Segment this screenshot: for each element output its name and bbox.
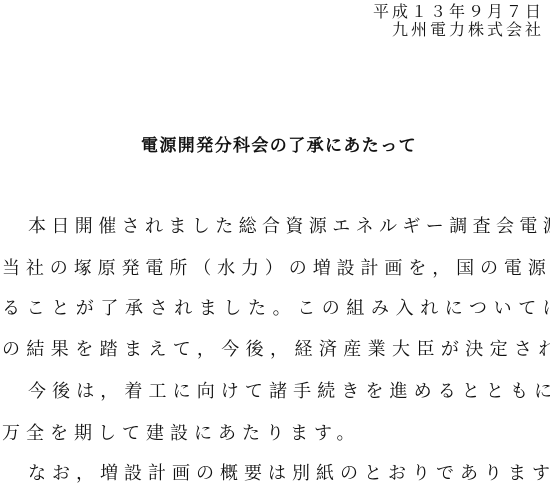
body-line-5: 今後は，着工に向けて諸手続きを進めるとともに，環境保全と安全確保に (28, 381, 550, 403)
document-title: 電源開発分科会の了承にあたって (0, 131, 550, 156)
document-date: 平成１３年９月７日 (373, 2, 544, 22)
company-name: 九州電力株式会社 (392, 20, 544, 40)
body-line-6: 万全を期して建設にあたります。 (2, 423, 361, 445)
body-line-2: 当社の塚原発電所（水力）の増設計画を，国の電源開発基本計画に組み入れ (2, 258, 550, 280)
body-line-1: 本日開催されました総合資源エネルギー調査会電源開発分科会において， (28, 216, 550, 238)
body-line-7: なお，増設計画の概要は別紙のとおりであります。 (28, 463, 550, 485)
body-line-3: ることが了承されました。この組み入れについては，本日の電源開発分科会 (2, 298, 550, 320)
body-line-4: の結果を踏まえて，今後，経済産業大臣が決定されることとなります。 (2, 339, 550, 361)
